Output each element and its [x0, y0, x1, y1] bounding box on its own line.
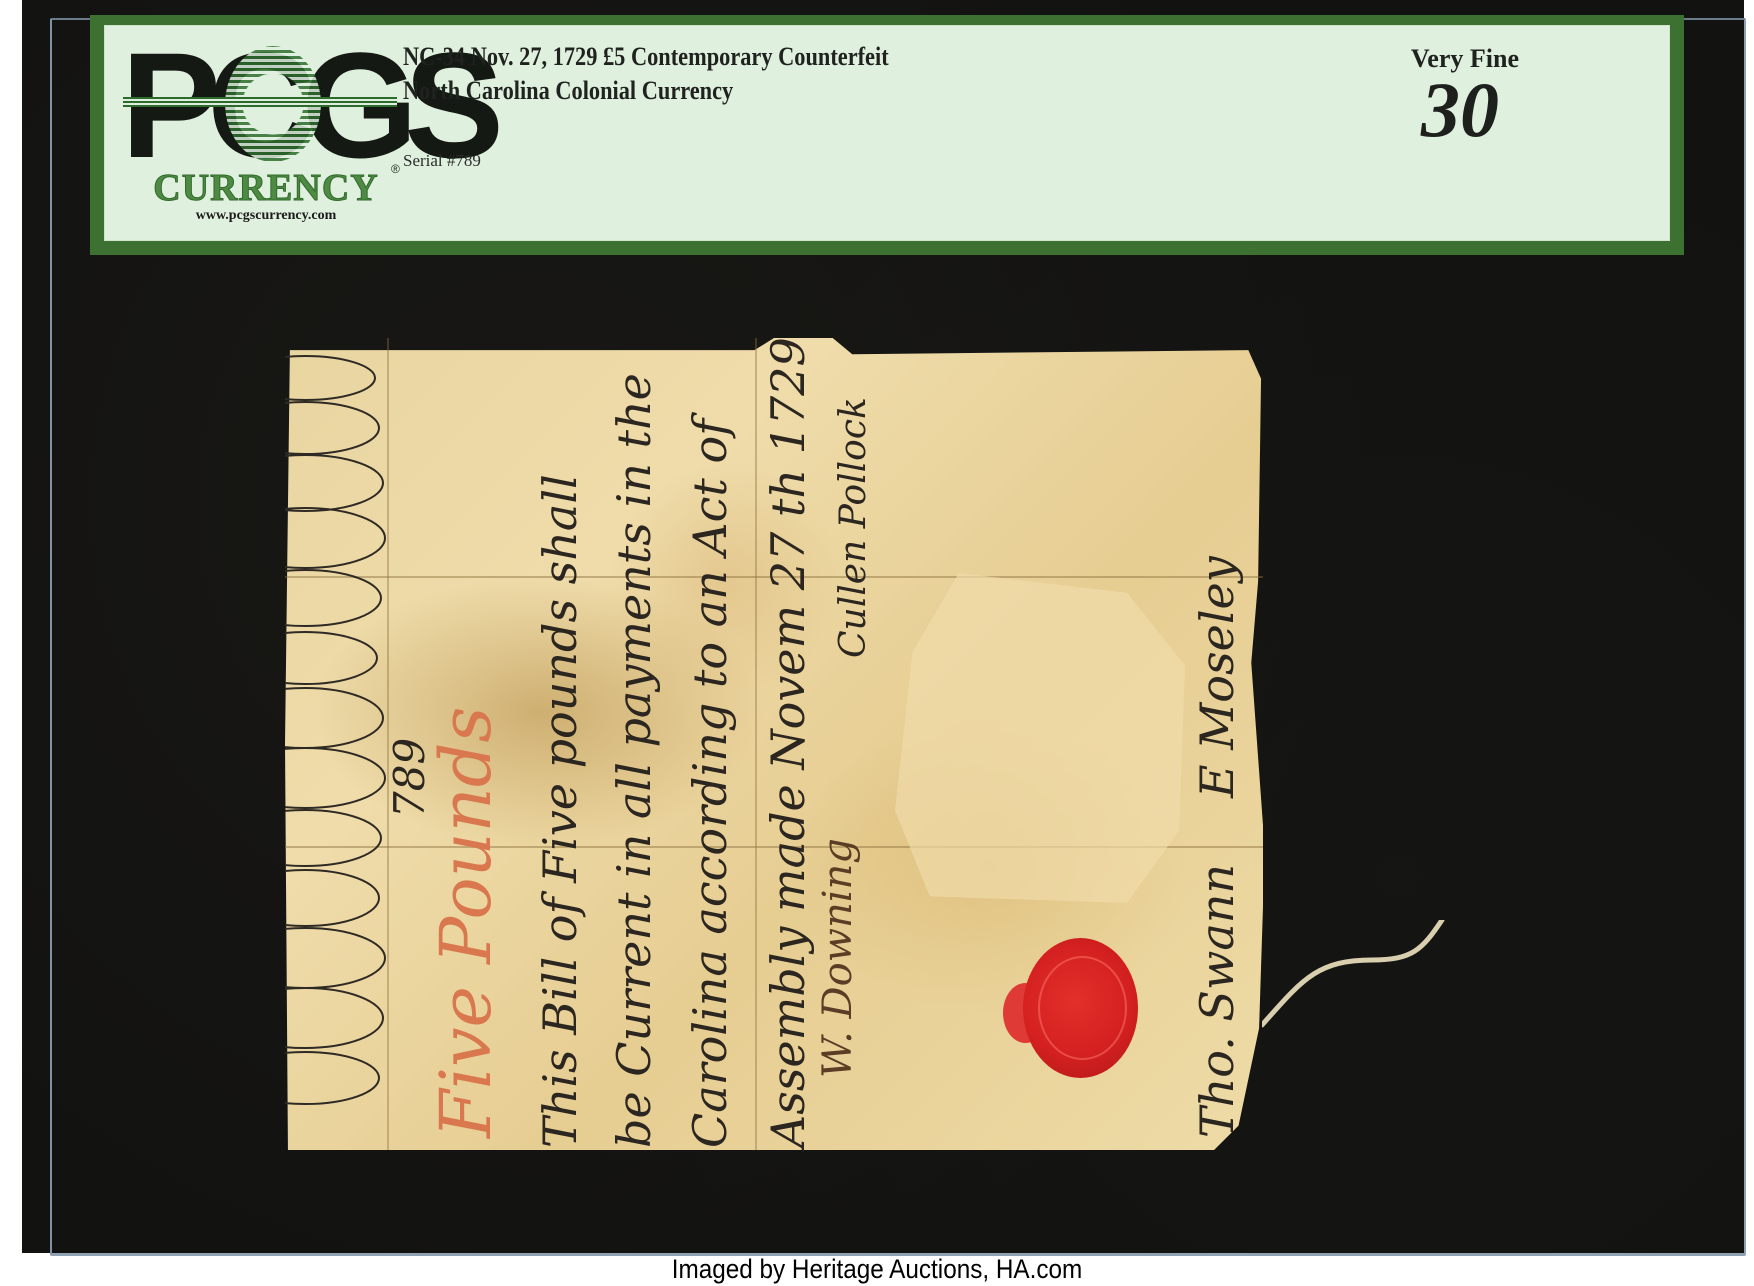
grading-label-panel: PCGS ® CURRENCY www.pcgscurrency.com NC-… [104, 25, 1670, 241]
signature-moseley: E Moseley [1190, 556, 1244, 798]
handwritten-line-1: This Bill of Five pounds shall [533, 474, 587, 1148]
note-subtitle: North Carolina Colonial Currency [403, 76, 733, 106]
website-url: www.pcgscurrency.com [121, 208, 411, 224]
watermark-octagon [895, 573, 1185, 903]
serial-number: Serial #789 [403, 151, 481, 171]
note-title: NC-34 Nov. 27, 1729 £5 Contemporary Coun… [403, 42, 889, 72]
handwritten-denomination: Five Pounds [425, 707, 507, 1138]
fold-line [755, 338, 757, 1150]
signature-pollock: Cullen Pollock [833, 397, 874, 658]
handwritten-line-4: Assembly made Novem 27 th 1729 [761, 337, 815, 1148]
signature-downing: W. Downing [815, 838, 861, 1078]
grade-number: 30 [1421, 70, 1499, 150]
image-credit: Imaged by Heritage Auctions, HA.com [88, 1253, 1667, 1286]
grading-label: PCGS ® CURRENCY www.pcgscurrency.com NC-… [90, 15, 1684, 255]
signature-swann: Tho. Swann [1190, 864, 1244, 1138]
red-wax-seal [1003, 938, 1143, 1088]
handwritten-line-3: Carolina according to an Act of [683, 419, 737, 1148]
scalloped-border-ornament [285, 348, 390, 1148]
seal-ring [1038, 956, 1127, 1060]
note-string [1262, 920, 1462, 1030]
pcgs-currency-logo: PCGS ® CURRENCY www.pcgscurrency.com [121, 40, 421, 230]
currency-logo-text: CURRENCY [121, 168, 411, 208]
logo-stripe-icon [123, 97, 397, 107]
colonial-note: 789 Five Pounds This Bill of Five pounds… [285, 338, 1263, 1150]
handwritten-line-2: be Current in all payments in the [607, 373, 661, 1148]
